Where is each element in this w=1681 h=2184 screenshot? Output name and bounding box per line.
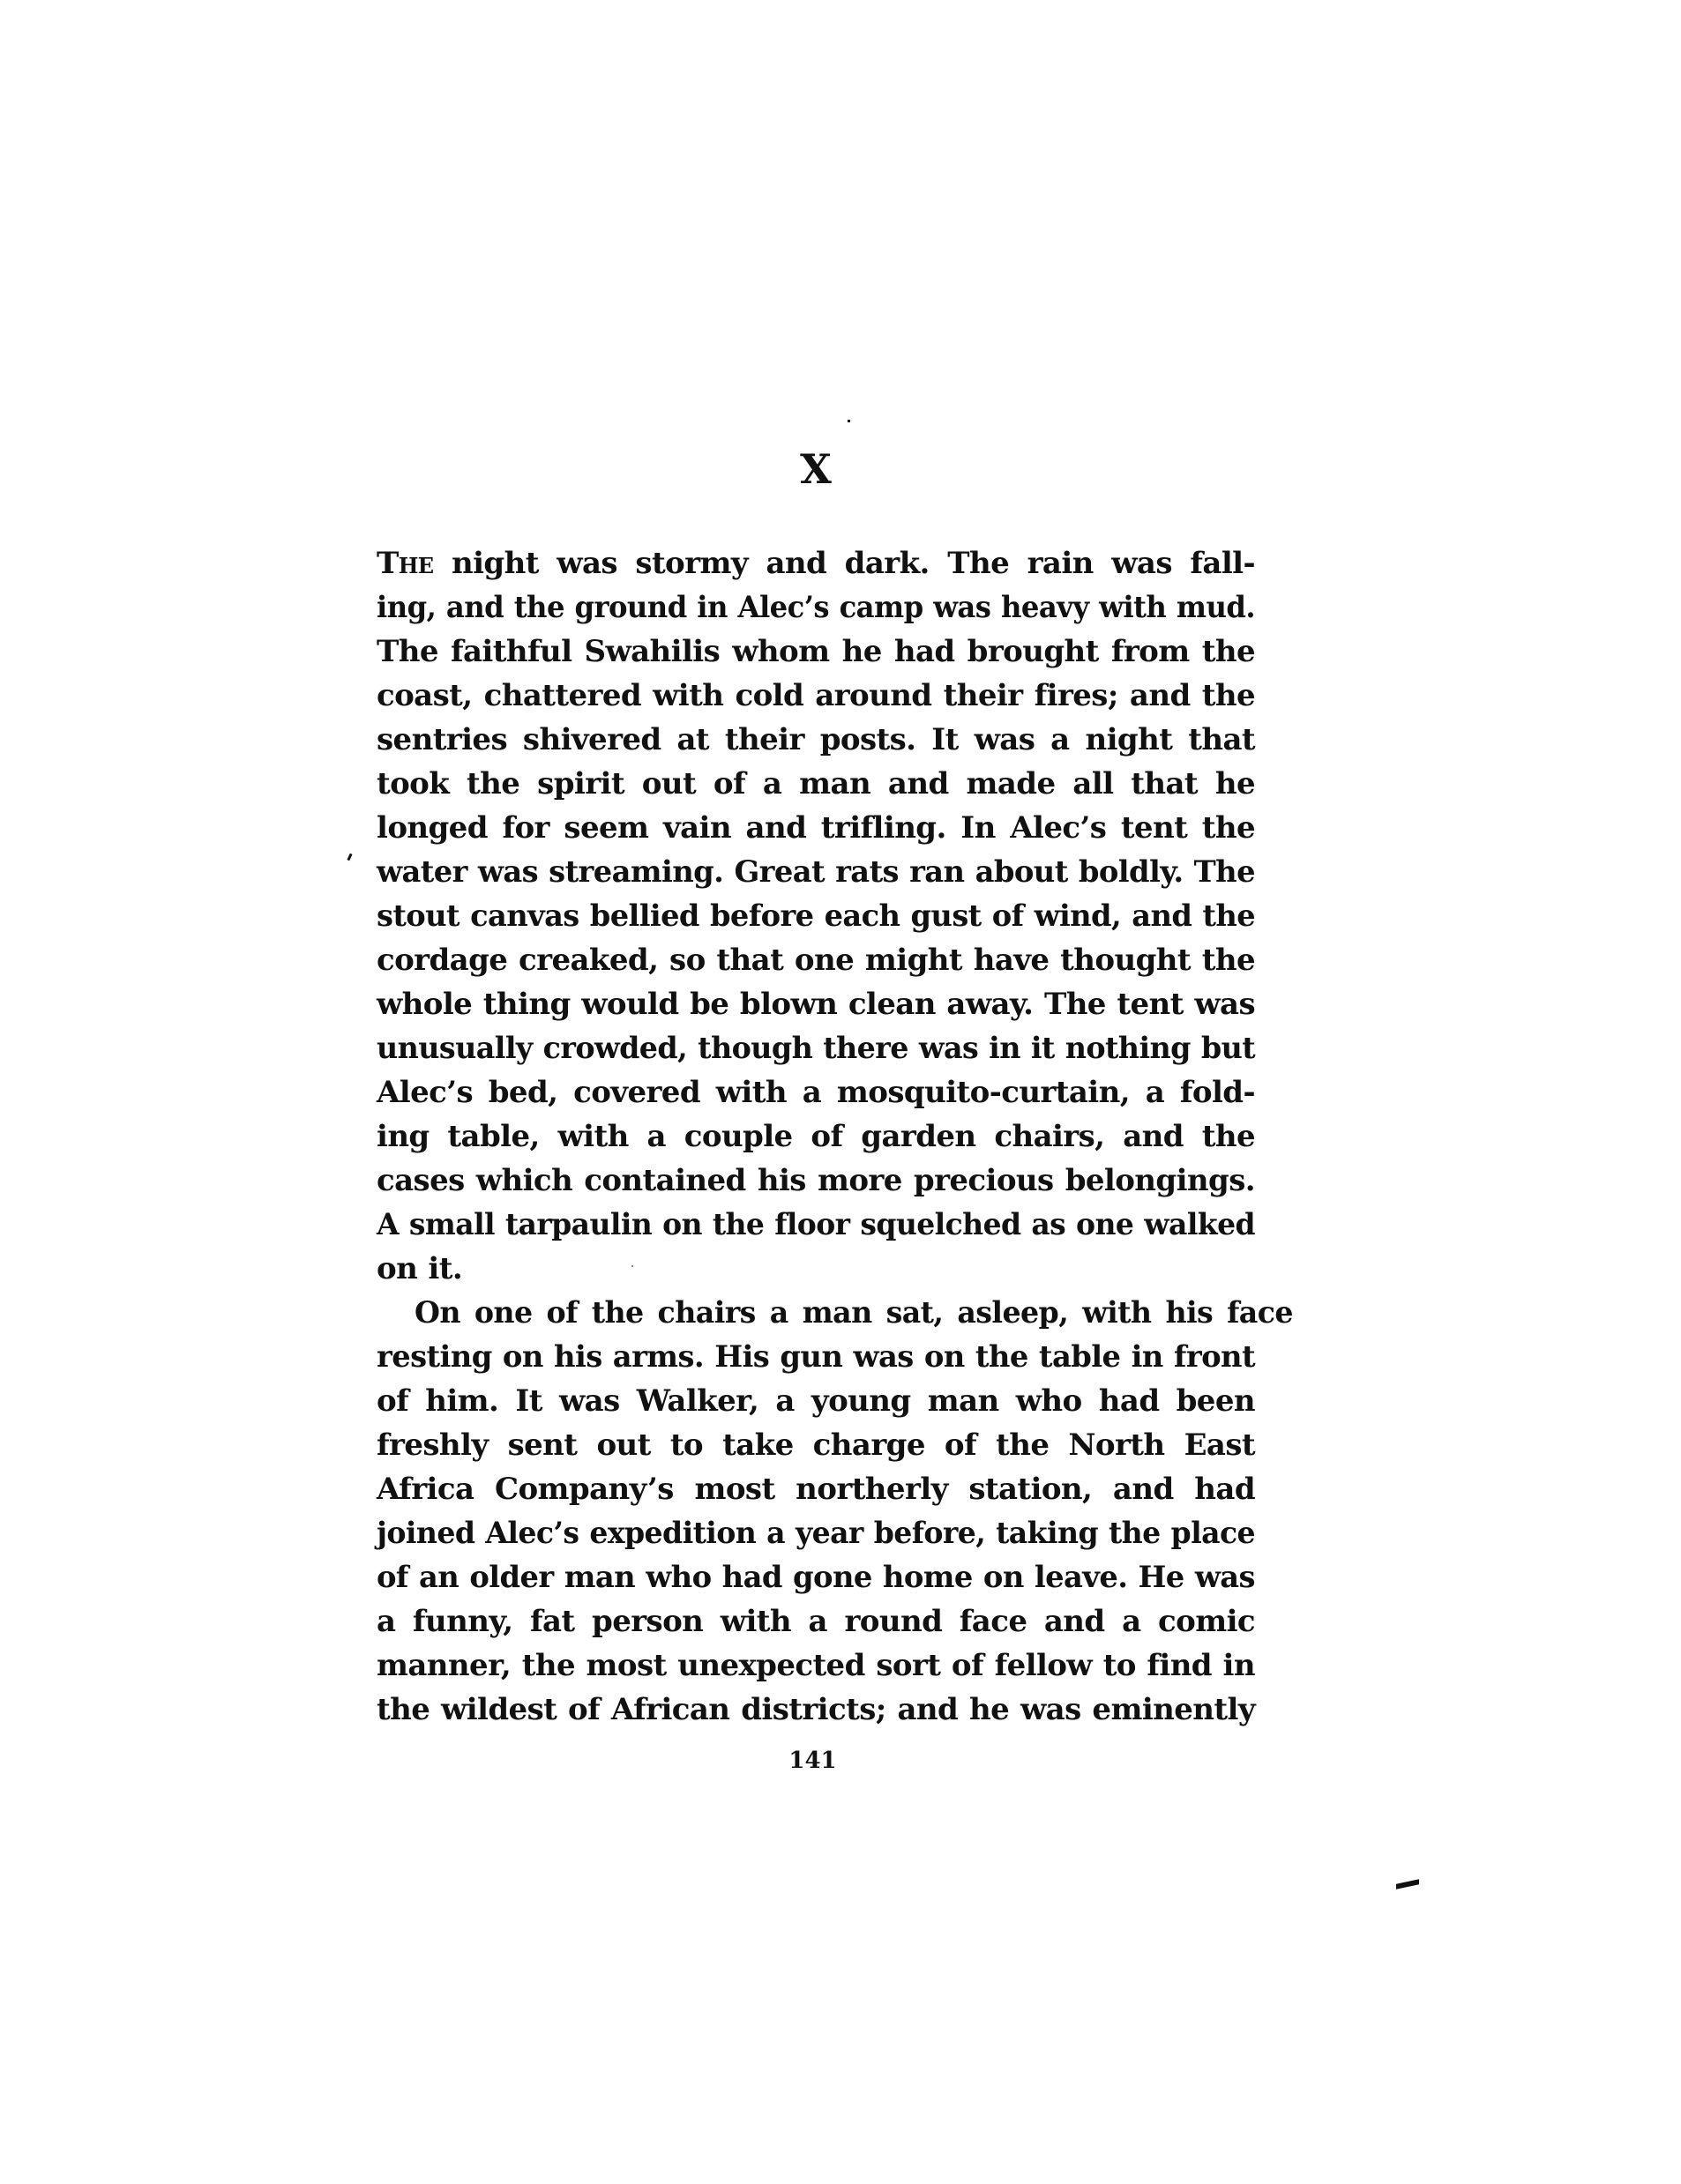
lead-smallcaps: The bbox=[377, 546, 433, 581]
text-line: The night was stormy and dark. The rain … bbox=[377, 541, 1255, 585]
text-line: cordage creaked, so that one might have … bbox=[377, 938, 1255, 982]
text-line: stout canvas bellied before each gust of… bbox=[377, 894, 1255, 938]
body-text: The night was stormy and dark. The rain … bbox=[377, 541, 1255, 1732]
text-line: took the spirit out of a man and made al… bbox=[377, 762, 1255, 806]
text-line: joined Alec’s expedition a year before, … bbox=[377, 1511, 1255, 1555]
text-line: manner, the most unexpected sort of fell… bbox=[377, 1644, 1255, 1688]
text-line: a funny, fat person with a round face an… bbox=[377, 1599, 1255, 1644]
scan-mark-bottom-right bbox=[1396, 1879, 1419, 1890]
text-line: cases which contained his more precious … bbox=[377, 1159, 1255, 1203]
text-line: coast, chattered with cold around their … bbox=[377, 674, 1255, 718]
text-line: Alec’s bed, covered with a mosquito-curt… bbox=[377, 1070, 1255, 1114]
chapter-heading: X bbox=[0, 446, 1632, 492]
text-line: the wildest of African districts; and he… bbox=[377, 1688, 1255, 1732]
text-line: freshly sent out to take charge of the N… bbox=[377, 1423, 1255, 1467]
book-page: X The night was stormy and dark. The rai… bbox=[0, 0, 1681, 2184]
text-line: ing, and the ground in Alec’s camp was h… bbox=[377, 585, 1255, 630]
text-line: ing table, with a couple of garden chair… bbox=[377, 1114, 1255, 1159]
text-line-content: night was stormy and dark. The rain was … bbox=[433, 546, 1255, 581]
text-line: sentries shivered at their posts. It was… bbox=[377, 718, 1255, 762]
text-line: On one of the chairs a man sat, asleep, … bbox=[377, 1291, 1293, 1335]
text-line: unusually crowded, though there was in i… bbox=[377, 1026, 1255, 1070]
text-line: The faithful Swahilis whom he had brough… bbox=[377, 630, 1255, 674]
text-line: water was streaming. Great rats ran abou… bbox=[377, 850, 1255, 894]
page-number: 141 bbox=[0, 1748, 1625, 1774]
text-line: whole thing would be blown clean away. T… bbox=[377, 982, 1255, 1026]
text-line: on it. bbox=[377, 1247, 1255, 1291]
text-line: resting on his arms. His gun was on the … bbox=[377, 1335, 1255, 1379]
text-line: of an older man who had gone home on lea… bbox=[377, 1555, 1255, 1599]
text-line: longed for seem vain and trifling. In Al… bbox=[377, 806, 1255, 850]
text-line: of him. It was Walker, a young man who h… bbox=[377, 1379, 1255, 1423]
text-line: Africa Company’s most northerly station,… bbox=[377, 1467, 1255, 1511]
text-line: A small tarpaulin on the floor squelched… bbox=[377, 1203, 1255, 1247]
scan-speck-top bbox=[848, 420, 850, 422]
scan-mark-left-margin bbox=[347, 853, 352, 861]
